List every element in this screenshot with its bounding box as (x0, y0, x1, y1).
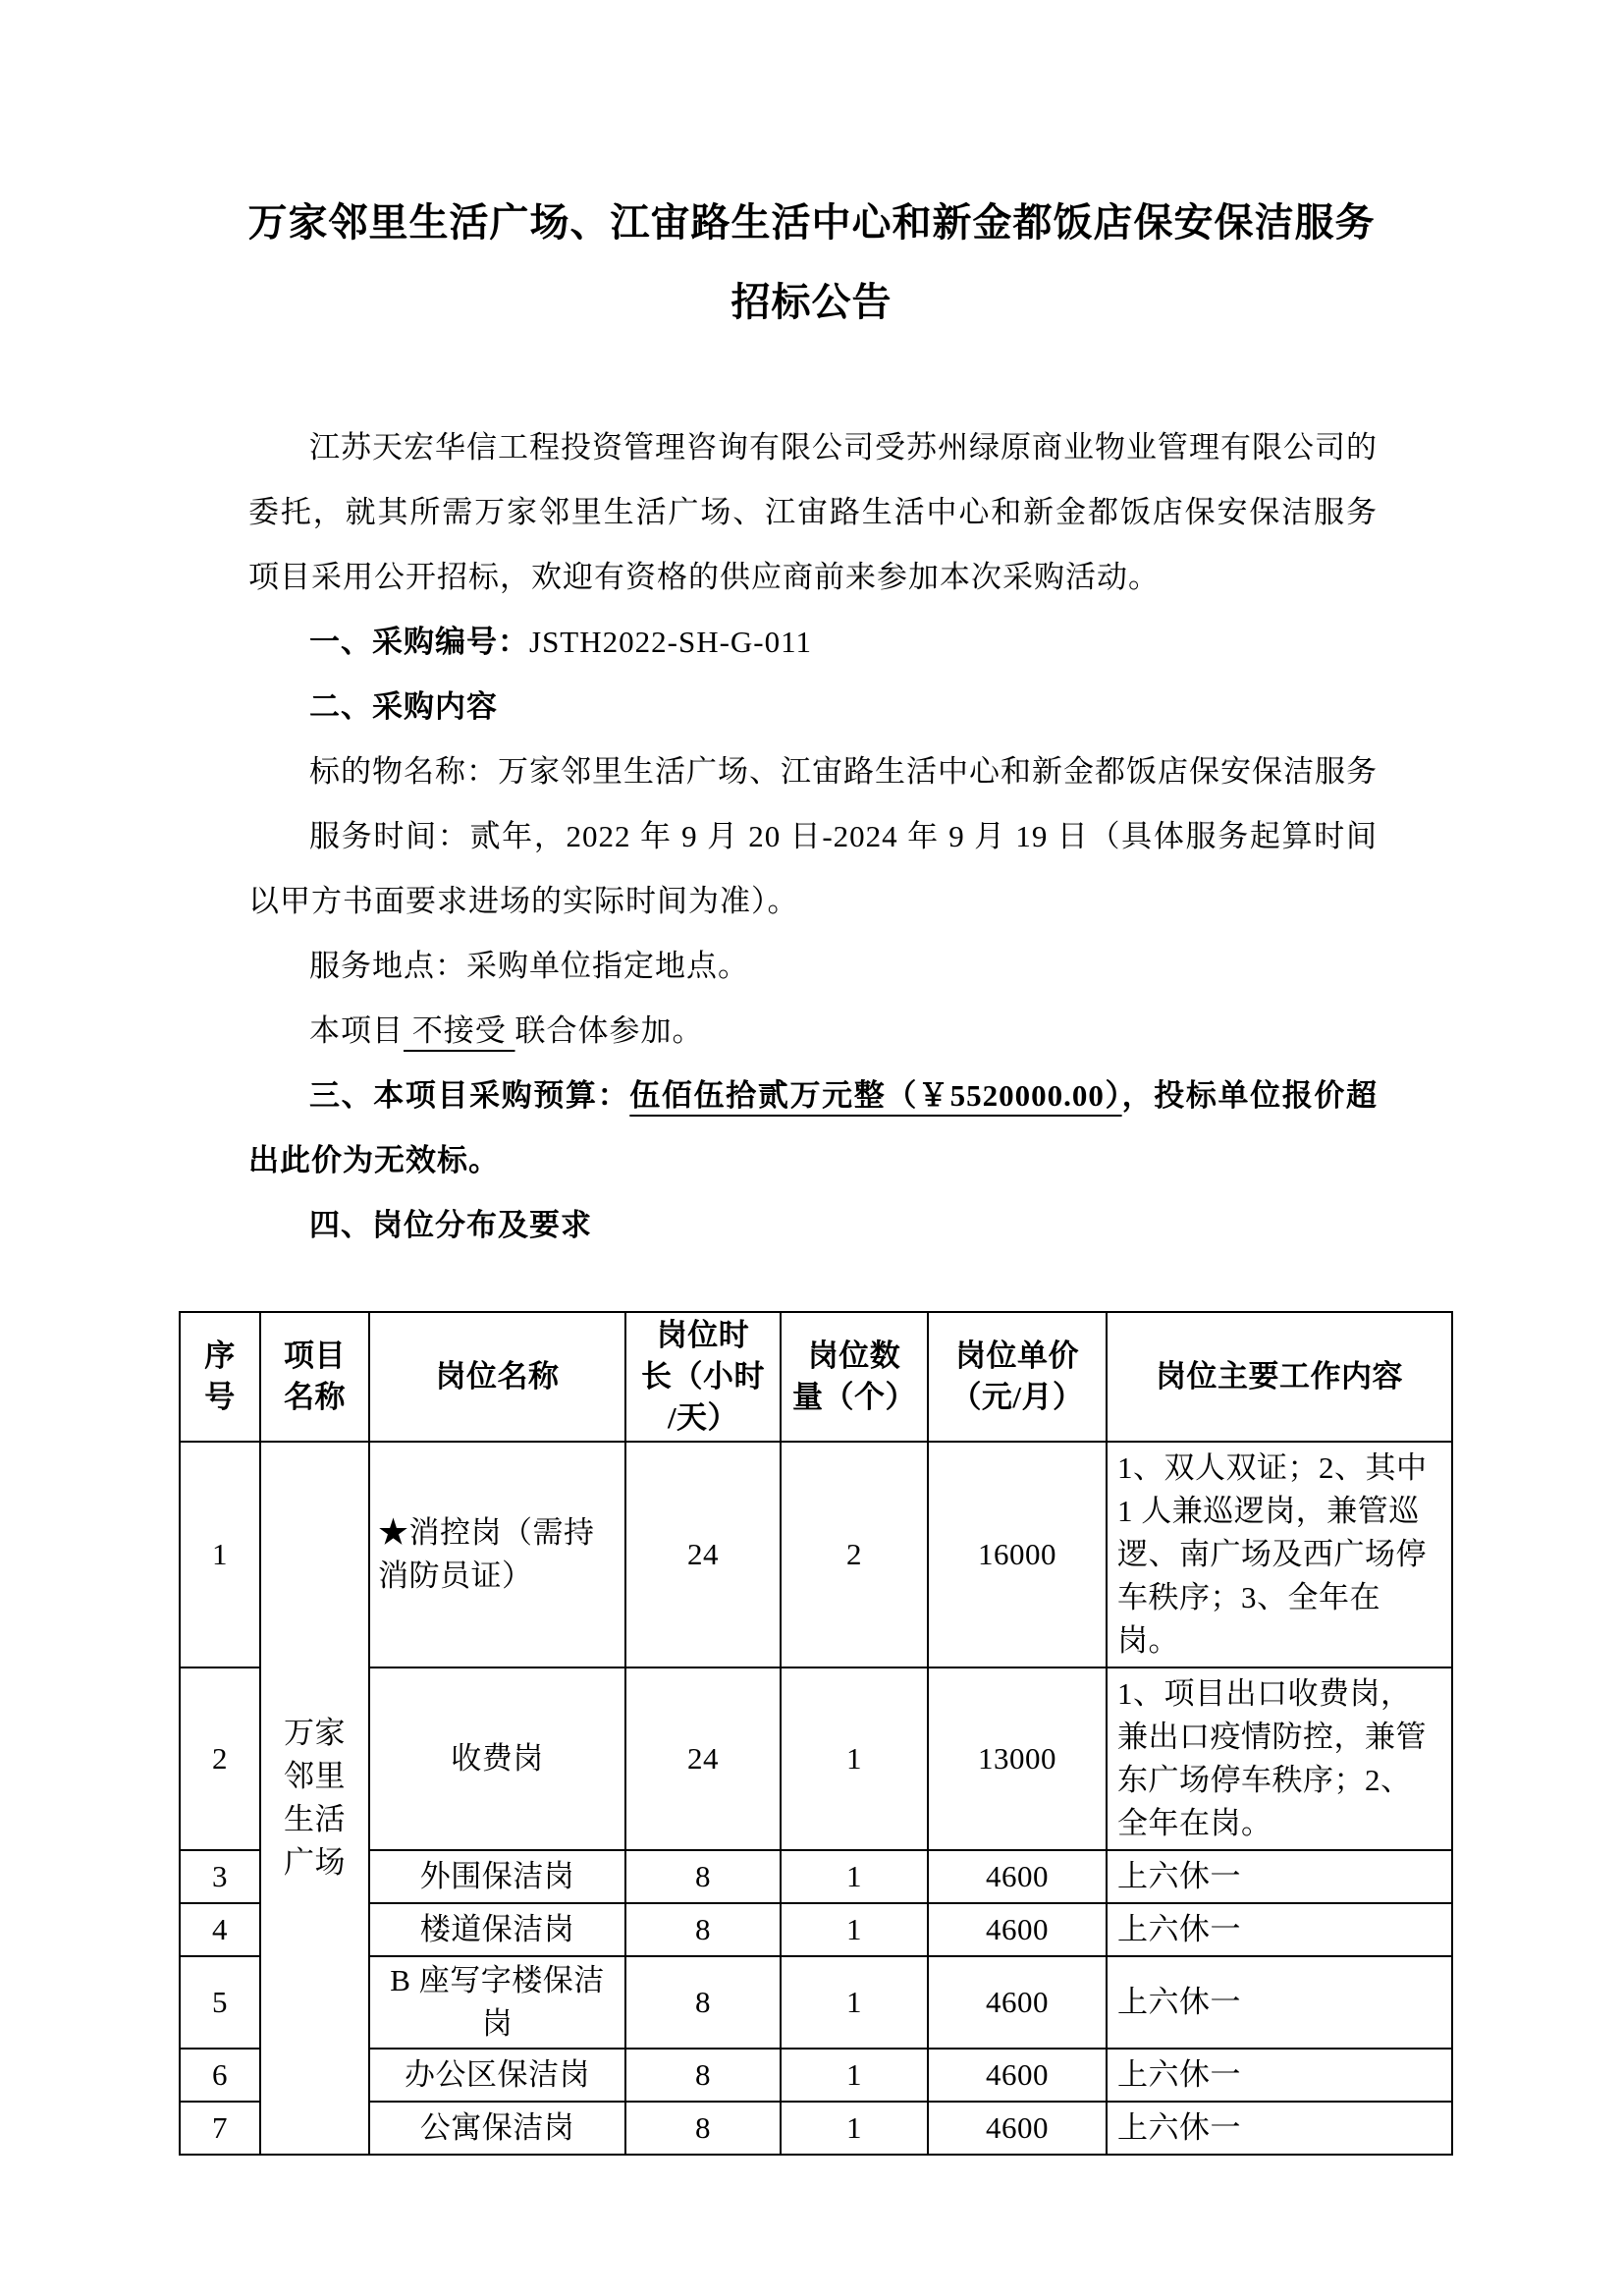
cell-post-name: ★消控岗（需持消防员证） (369, 1442, 625, 1667)
section4-title: 四、岗位分布及要求 (248, 1193, 1378, 1258)
cell-seq: 3 (180, 1850, 260, 1903)
section3-line: 三、本项目采购预算：伍佰伍拾贰万元整（￥5520000.00），投标单位报价超出… (248, 1064, 1378, 1193)
joint-bid-line: 本项目 不接受 联合体参加。 (248, 999, 1378, 1064)
header-count: 岗位数 量（个） (781, 1312, 928, 1442)
purchase-number: JSTH2022-SH-G-011 (529, 625, 812, 659)
joint-bid-underlined: 不接受 (404, 1013, 515, 1048)
table-row: 7 公寓保洁岗 8 1 4600 上六休一 (180, 2102, 1452, 2155)
table-row: 6 办公区保洁岗 8 1 4600 上六休一 (180, 2049, 1452, 2102)
joint-bid-post: 联合体参加。 (515, 1013, 704, 1048)
table-row: 5 B 座写字楼保洁岗 8 1 4600 上六休一 (180, 1956, 1452, 2049)
table-row: 3 外围保洁岗 8 1 4600 上六休一 (180, 1850, 1452, 1903)
cell-post-name: 外围保洁岗 (369, 1850, 625, 1903)
cell-seq: 4 (180, 1903, 260, 1956)
intro-paragraph: 江苏天宏华信工程投资管理咨询有限公司受苏州绿原商业物业管理有限公司的委托，就其所… (248, 415, 1378, 610)
cell-duty: 1、双人双证；2、其中 1 人兼巡逻岗，兼管巡逻、南广场及西广场停车秩序；3、全… (1107, 1442, 1452, 1667)
cell-hours: 8 (625, 2102, 781, 2155)
cell-price: 16000 (928, 1442, 1107, 1667)
cell-project-name: 万家邻里生活广场 (260, 1442, 369, 2155)
cell-count: 1 (781, 1903, 928, 1956)
service-place-line: 服务地点：采购单位指定地点。 (248, 934, 1378, 999)
section1-line: 一、采购编号：JSTH2022-SH-G-011 (248, 610, 1378, 675)
cell-count: 1 (781, 2102, 928, 2155)
header-hours: 岗位时 长（小时 /天） (625, 1312, 781, 1442)
cell-duty: 1、项目出口收费岗，兼出口疫情防控，兼管东广场停车秩序；2、全年在岗。 (1107, 1667, 1452, 1850)
header-price: 岗位单价 （元/月） (928, 1312, 1107, 1442)
header-post-name: 岗位名称 (369, 1312, 625, 1442)
cell-duty: 上六休一 (1107, 1903, 1452, 1956)
cell-seq: 6 (180, 2049, 260, 2102)
document-page: 万家邻里生活广场、江宙路生活中心和新金都饭店保安保洁服务 招标公告 江苏天宏华信… (0, 0, 1623, 2296)
table-row: 2 收费岗 24 1 13000 1、项目出口收费岗，兼出口疫情防控，兼管东广场… (180, 1667, 1452, 1850)
cell-seq: 2 (180, 1667, 260, 1850)
cell-count: 1 (781, 1956, 928, 2049)
header-project: 项目 名称 (260, 1312, 369, 1442)
cell-seq: 1 (180, 1442, 260, 1667)
doc-title-line1: 万家邻里生活广场、江宙路生活中心和新金都饭店保安保洁服务 (0, 183, 1623, 262)
cell-duty: 上六休一 (1107, 2049, 1452, 2102)
doc-body: 江苏天宏华信工程投资管理咨询有限公司受苏州绿原商业物业管理有限公司的委托，就其所… (248, 415, 1378, 1258)
cell-hours: 24 (625, 1667, 781, 1850)
cell-price: 13000 (928, 1667, 1107, 1850)
post-table: 序 号 项目 名称 岗位名称 岗位时 长（小时 /天） 岗位数 量（个） 岗位单… (179, 1311, 1453, 2156)
header-seq: 序 号 (180, 1312, 260, 1442)
cell-price: 4600 (928, 1903, 1107, 1956)
cell-count: 1 (781, 1667, 928, 1850)
cell-count: 2 (781, 1442, 928, 1667)
doc-title: 万家邻里生活广场、江宙路生活中心和新金都饭店保安保洁服务 招标公告 (0, 183, 1623, 342)
cell-seq: 5 (180, 1956, 260, 2049)
cell-duty: 上六休一 (1107, 1956, 1452, 2049)
cell-post-name: 收费岗 (369, 1667, 625, 1850)
subject-name-line: 标的物名称：万家邻里生活广场、江宙路生活中心和新金都饭店保安保洁服务 (248, 739, 1378, 804)
cell-count: 1 (781, 2049, 928, 2102)
cell-post-name: 楼道保洁岗 (369, 1903, 625, 1956)
header-duty: 岗位主要工作内容 (1107, 1312, 1452, 1442)
cell-duty: 上六休一 (1107, 1850, 1452, 1903)
table-header-row: 序 号 项目 名称 岗位名称 岗位时 长（小时 /天） 岗位数 量（个） 岗位单… (180, 1312, 1452, 1442)
cell-post-name: B 座写字楼保洁岗 (369, 1956, 625, 2049)
table-row: 1 万家邻里生活广场 ★消控岗（需持消防员证） 24 2 16000 1、双人双… (180, 1442, 1452, 1667)
cell-hours: 8 (625, 1956, 781, 2049)
cell-seq: 7 (180, 2102, 260, 2155)
cell-hours: 8 (625, 2049, 781, 2102)
cell-price: 4600 (928, 2102, 1107, 2155)
table-row: 4 楼道保洁岗 8 1 4600 上六休一 (180, 1903, 1452, 1956)
cell-post-name: 办公区保洁岗 (369, 2049, 625, 2102)
section1-label: 一、采购编号： (309, 625, 529, 659)
cell-hours: 8 (625, 1850, 781, 1903)
doc-title-line2: 招标公告 (0, 262, 1623, 342)
cell-duty: 上六休一 (1107, 2102, 1452, 2155)
cell-hours: 8 (625, 1903, 781, 1956)
cell-hours: 24 (625, 1442, 781, 1667)
cell-price: 4600 (928, 1850, 1107, 1903)
cell-price: 4600 (928, 2049, 1107, 2102)
cell-count: 1 (781, 1850, 928, 1903)
section3-label: 三、本项目采购预算： (309, 1078, 629, 1113)
cell-price: 4600 (928, 1956, 1107, 2049)
budget-amount: 伍佰伍拾贰万元整（￥5520000.00） (629, 1078, 1121, 1113)
service-time-line: 服务时间：贰年，2022 年 9 月 20 日-2024 年 9 月 19 日（… (248, 804, 1378, 934)
joint-bid-pre: 本项目 (309, 1013, 404, 1048)
section2-title: 二、采购内容 (248, 675, 1378, 739)
cell-post-name: 公寓保洁岗 (369, 2102, 625, 2155)
